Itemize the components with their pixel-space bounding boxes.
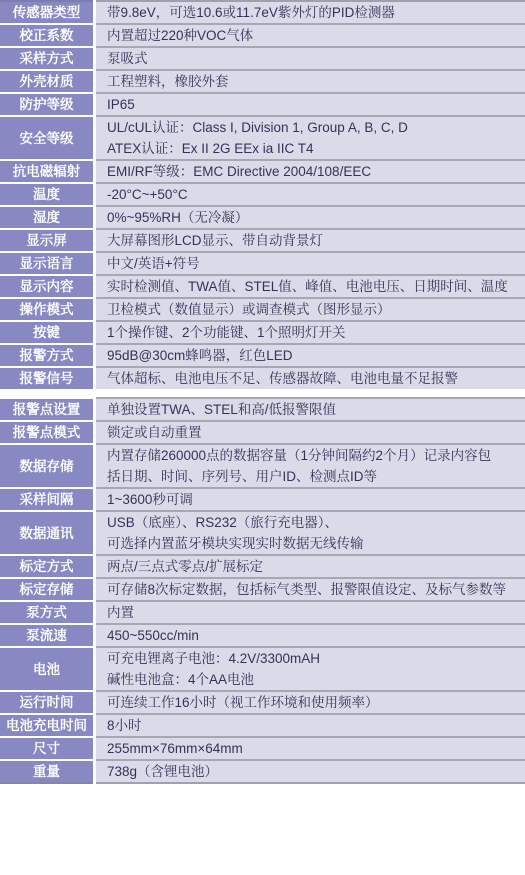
spec-table: 传感器类型带9.8eV，可选10.6或11.7eV紫外灯的PID检测器校正系数内… bbox=[0, 0, 525, 784]
spec-value-line: 实时检测值、TWA值、STEL值、峰值、电池电压、日期时间、温度 bbox=[107, 276, 523, 297]
spec-row: 采样间隔1~3600秒可调 bbox=[0, 487, 525, 510]
spec-value: 738g（含锂电池） bbox=[96, 759, 525, 784]
spec-row: 校正系数内置超过220种VOC气体 bbox=[0, 23, 525, 46]
spec-value: IP65 bbox=[96, 92, 525, 115]
spec-value: 泵吸式 bbox=[96, 46, 525, 69]
spec-row: 显示内容实时检测值、TWA值、STEL值、峰值、电池电压、日期时间、温度 bbox=[0, 274, 525, 297]
spec-value-line: EMI/RF等级：EMC Directive 2004/108/EEC bbox=[107, 161, 523, 182]
spec-label: 电池 bbox=[0, 646, 93, 690]
spec-label: 报警方式 bbox=[0, 343, 93, 366]
spec-label: 重量 bbox=[0, 759, 93, 784]
spec-row: 数据通讯USB（底座）、RS232（旅行充电器）、可选择内置蓝牙模块实现实时数据… bbox=[0, 510, 525, 554]
spec-label: 显示语言 bbox=[0, 251, 93, 274]
spec-label: 操作模式 bbox=[0, 297, 93, 320]
spec-value-line: ATEX认证：Ex II 2G EEx ia IIC T4 bbox=[107, 138, 523, 159]
spec-row: 报警信号气体超标、电池电压不足、传感器故障、电池电量不足报警 bbox=[0, 366, 525, 389]
spec-value: 两点/三点式零点/扩展标定 bbox=[96, 554, 525, 577]
spec-row: 按键1个操作键、2个功能键、1个照明灯开关 bbox=[0, 320, 525, 343]
spec-row: 标定存储可存储8次标定数据，包括标气类型、报警限值设定、及标气参数等 bbox=[0, 577, 525, 600]
spec-label: 泵方式 bbox=[0, 600, 93, 623]
spec-value: UL/cUL认证：Class I, Division 1, Group A, B… bbox=[96, 115, 525, 159]
spec-value-line: 带9.8eV，可选10.6或11.7eV紫外灯的PID检测器 bbox=[107, 2, 523, 23]
spec-row: 抗电磁辐射EMI/RF等级：EMC Directive 2004/108/EEC bbox=[0, 159, 525, 182]
spec-value-line: 锁定或自动重置 bbox=[107, 422, 523, 443]
spec-value-line: 气体超标、电池电压不足、传感器故障、电池电量不足报警 bbox=[107, 368, 523, 389]
spec-label: 按键 bbox=[0, 320, 93, 343]
spec-row: 显示语言中文/英语+符号 bbox=[0, 251, 525, 274]
spec-value: 450~550cc/min bbox=[96, 623, 525, 646]
spec-value: 大屏幕图形LCD显示、带自动背景灯 bbox=[96, 228, 525, 251]
spec-row: 传感器类型带9.8eV，可选10.6或11.7eV紫外灯的PID检测器 bbox=[0, 0, 525, 23]
spec-value: 可连续工作16小时（视工作环境和使用频率） bbox=[96, 690, 525, 713]
spec-row: 电池可充电锂离子电池：4.2V/3300mAH碱性电池盒：4个AA电池 bbox=[0, 646, 525, 690]
spec-row: 报警点模式锁定或自动重置 bbox=[0, 420, 525, 443]
spec-value-line: 可连续工作16小时（视工作环境和使用频率） bbox=[107, 692, 523, 713]
spec-value-line: 卫检模式（数值显示）或调查模式（图形显示） bbox=[107, 299, 523, 320]
spec-value-line: 可充电锂离子电池：4.2V/3300mAH bbox=[107, 648, 523, 669]
spec-label: 校正系数 bbox=[0, 23, 93, 46]
spec-value-line: 可存储8次标定数据，包括标气类型、报警限值设定、及标气参数等 bbox=[107, 579, 523, 600]
spec-value-line: 内置存储260000点的数据容量（1分钟间隔约2个月）记录内容包 bbox=[107, 445, 523, 466]
spec-value-line: 大屏幕图形LCD显示、带自动背景灯 bbox=[107, 230, 523, 251]
spec-value: 气体超标、电池电压不足、传感器故障、电池电量不足报警 bbox=[96, 366, 525, 389]
spec-label: 温度 bbox=[0, 182, 93, 205]
spec-label: 显示屏 bbox=[0, 228, 93, 251]
spec-value: 工程塑料，橡胶外套 bbox=[96, 69, 525, 92]
spec-value: USB（底座）、RS232（旅行充电器）、可选择内置蓝牙模块实现实时数据无线传输 bbox=[96, 510, 525, 554]
spec-row: 标定方式两点/三点式零点/扩展标定 bbox=[0, 554, 525, 577]
spec-row: 报警方式95dB@30cm蜂鸣器，红色LED bbox=[0, 343, 525, 366]
spec-value: 可充电锂离子电池：4.2V/3300mAH碱性电池盒：4个AA电池 bbox=[96, 646, 525, 690]
spec-row: 泵流速450~550cc/min bbox=[0, 623, 525, 646]
spec-label: 抗电磁辐射 bbox=[0, 159, 93, 182]
spec-row: 显示屏大屏幕图形LCD显示、带自动背景灯 bbox=[0, 228, 525, 251]
spec-row: 电池充电时间8小时 bbox=[0, 713, 525, 736]
spec-value: 1~3600秒可调 bbox=[96, 487, 525, 510]
spec-row: 报警点设置单独设置TWA、STEL和高/低报警限值 bbox=[0, 397, 525, 420]
spec-row: 采样方式泵吸式 bbox=[0, 46, 525, 69]
spec-value: 1个操作键、2个功能键、1个照明灯开关 bbox=[96, 320, 525, 343]
spec-label: 显示内容 bbox=[0, 274, 93, 297]
spec-value-line: 可选择内置蓝牙模块实现实时数据无线传输 bbox=[107, 533, 523, 554]
spec-value-line: 两点/三点式零点/扩展标定 bbox=[107, 556, 523, 577]
spec-value-line: 1个操作键、2个功能键、1个照明灯开关 bbox=[107, 322, 523, 343]
spec-label: 外壳材质 bbox=[0, 69, 93, 92]
spec-label: 传感器类型 bbox=[0, 0, 93, 23]
spec-value: 内置超过220种VOC气体 bbox=[96, 23, 525, 46]
spec-row: 尺寸255mm×76mm×64mm bbox=[0, 736, 525, 759]
spec-value-line: 单独设置TWA、STEL和高/低报警限值 bbox=[107, 399, 523, 420]
spec-value: -20°C~+50°C bbox=[96, 182, 525, 205]
spec-value: 卫检模式（数值显示）或调查模式（图形显示） bbox=[96, 297, 525, 320]
spec-value-line: 碱性电池盒：4个AA电池 bbox=[107, 669, 523, 690]
spec-value: 中文/英语+符号 bbox=[96, 251, 525, 274]
spec-row: 数据存储内置存储260000点的数据容量（1分钟间隔约2个月）记录内容包括日期、… bbox=[0, 443, 525, 487]
spec-value-line: USB（底座）、RS232（旅行充电器）、 bbox=[107, 512, 523, 533]
spec-value: 带9.8eV，可选10.6或11.7eV紫外灯的PID检测器 bbox=[96, 0, 525, 23]
spec-value-line: 0%~95%RH（无冷凝） bbox=[107, 207, 523, 228]
spec-row: 安全等级UL/cUL认证：Class I, Division 1, Group … bbox=[0, 115, 525, 159]
spec-label: 报警点模式 bbox=[0, 420, 93, 443]
spec-label: 标定方式 bbox=[0, 554, 93, 577]
spec-value: 锁定或自动重置 bbox=[96, 420, 525, 443]
spec-value: 0%~95%RH（无冷凝） bbox=[96, 205, 525, 228]
spec-label: 数据通讯 bbox=[0, 510, 93, 554]
spec-value-line: 8小时 bbox=[107, 715, 523, 736]
spec-value: 实时检测值、TWA值、STEL值、峰值、电池电压、日期时间、温度 bbox=[96, 274, 525, 297]
spec-value: 单独设置TWA、STEL和高/低报警限值 bbox=[96, 397, 525, 420]
spec-label: 运行时间 bbox=[0, 690, 93, 713]
spec-row: 外壳材质工程塑料，橡胶外套 bbox=[0, 69, 525, 92]
spec-value-line: 1~3600秒可调 bbox=[107, 489, 523, 510]
spec-label: 采样间隔 bbox=[0, 487, 93, 510]
spec-label: 泵流速 bbox=[0, 623, 93, 646]
spec-value-line: 括日期、时间、序列号、用户ID、检测点ID等 bbox=[107, 466, 523, 487]
spec-value: 95dB@30cm蜂鸣器，红色LED bbox=[96, 343, 525, 366]
spec-row: 湿度0%~95%RH（无冷凝） bbox=[0, 205, 525, 228]
spec-value-line: 内置 bbox=[107, 602, 523, 623]
spec-row: 重量738g（含锂电池） bbox=[0, 759, 525, 784]
spec-value: 内置 bbox=[96, 600, 525, 623]
spec-label: 湿度 bbox=[0, 205, 93, 228]
spec-label: 采样方式 bbox=[0, 46, 93, 69]
spec-value-line: UL/cUL认证：Class I, Division 1, Group A, B… bbox=[107, 117, 523, 138]
spec-value: 可存储8次标定数据，包括标气类型、报警限值设定、及标气参数等 bbox=[96, 577, 525, 600]
spec-label: 防护等级 bbox=[0, 92, 93, 115]
spec-value-line: 内置超过220种VOC气体 bbox=[107, 25, 523, 46]
spec-value-line: -20°C~+50°C bbox=[107, 184, 523, 205]
spec-value: 8小时 bbox=[96, 713, 525, 736]
spec-value-line: 738g（含锂电池） bbox=[107, 761, 523, 782]
spec-value-line: 中文/英语+符号 bbox=[107, 253, 523, 274]
spec-label: 电池充电时间 bbox=[0, 713, 93, 736]
spec-label: 数据存储 bbox=[0, 443, 93, 487]
spec-value-line: 255mm×76mm×64mm bbox=[107, 738, 523, 759]
spec-label: 尺寸 bbox=[0, 736, 93, 759]
spec-row: 泵方式内置 bbox=[0, 600, 525, 623]
spec-value: EMI/RF等级：EMC Directive 2004/108/EEC bbox=[96, 159, 525, 182]
spec-value-line: 450~550cc/min bbox=[107, 625, 523, 646]
spec-label: 报警信号 bbox=[0, 366, 93, 389]
spec-value-line: 95dB@30cm蜂鸣器，红色LED bbox=[107, 345, 523, 366]
spec-label: 安全等级 bbox=[0, 115, 93, 159]
spec-value-line: 泵吸式 bbox=[107, 48, 523, 69]
spec-row: 温度-20°C~+50°C bbox=[0, 182, 525, 205]
spec-value: 内置存储260000点的数据容量（1分钟间隔约2个月）记录内容包括日期、时间、序… bbox=[96, 443, 525, 487]
spec-row: 操作模式卫检模式（数值显示）或调查模式（图形显示） bbox=[0, 297, 525, 320]
spec-row: 防护等级IP65 bbox=[0, 92, 525, 115]
spec-row: 运行时间可连续工作16小时（视工作环境和使用频率） bbox=[0, 690, 525, 713]
spec-value-line: IP65 bbox=[107, 94, 523, 115]
spec-label: 标定存储 bbox=[0, 577, 93, 600]
spec-value-line: 工程塑料，橡胶外套 bbox=[107, 71, 523, 92]
spec-label: 报警点设置 bbox=[0, 397, 93, 420]
spec-value: 255mm×76mm×64mm bbox=[96, 736, 525, 759]
